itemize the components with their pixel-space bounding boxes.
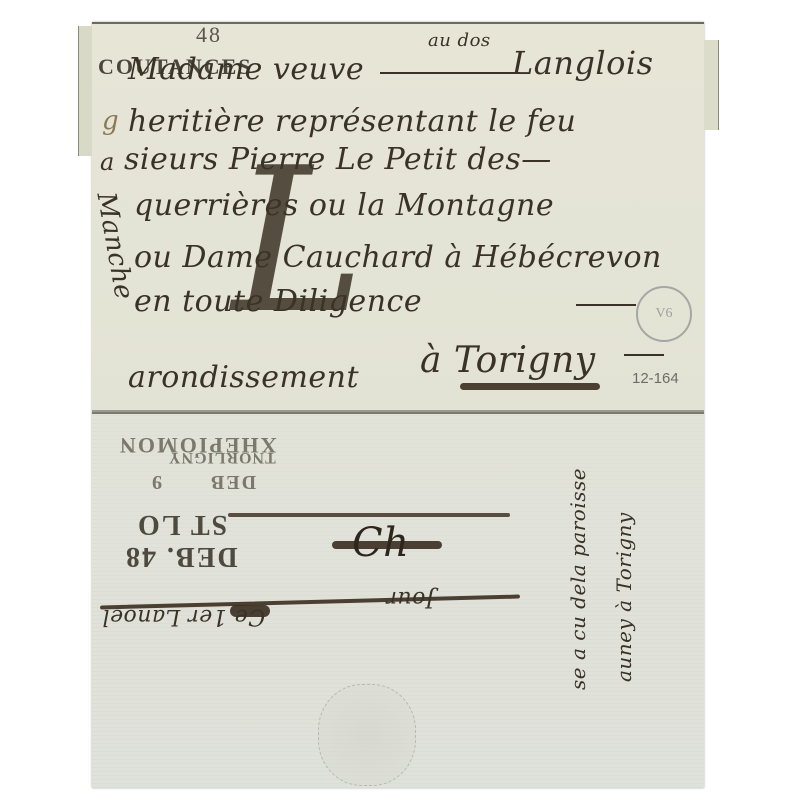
address-insert-au-dos: au dos [428, 30, 491, 51]
dash-line-6 [576, 304, 636, 306]
arrival-postmark-town: ST LO [136, 508, 227, 540]
back-vertical-note-1: se a cu dela paroisse [566, 468, 590, 690]
addressee-title: Madame veuve [128, 52, 364, 87]
margin-letter-g: g [102, 106, 119, 136]
destination-town: à Torigny [420, 340, 596, 381]
dash-line-7 [624, 354, 664, 356]
pencil-reference-number: 12-164 [632, 370, 679, 387]
crossed-out-text [460, 383, 600, 390]
fold-line [92, 410, 704, 412]
transit-postmark-line-3: DEB [209, 471, 256, 493]
back-vertical-note-2: auney à Torigny [612, 512, 636, 682]
address-line-1: Madame veuve [128, 52, 364, 87]
wax-seal-remnant [318, 684, 416, 786]
au-dos-underline [380, 72, 520, 74]
circle-postmark: V6 [636, 286, 692, 342]
transit-postmark-line-2: TNORLIGNY [168, 448, 276, 466]
transit-postmark-line-4: 9 [150, 471, 162, 493]
letter-right-flap-edge [702, 40, 719, 130]
back-crossed-note: Jour [386, 586, 435, 611]
addressee-name: Langlois [512, 44, 654, 82]
circle-postmark-text: V6 [655, 306, 672, 321]
back-inverted-note: Ce 1er Lanoel [102, 604, 265, 629]
origin-postmark-number: 48 [196, 22, 222, 48]
postage-due-mark: L [232, 142, 365, 342]
address-line-7: arondissement [128, 360, 359, 395]
arrival-postmark-date: DEB. 48 [124, 540, 238, 572]
address-line-5: ou Dame Cauchard à Hébécrevon [134, 240, 662, 275]
back-scrawl: Ch [352, 520, 409, 566]
margin-letter-a: a [100, 148, 115, 176]
transit-postmark-date: DEB 9 [150, 470, 256, 493]
strike-mark-1 [228, 513, 510, 517]
